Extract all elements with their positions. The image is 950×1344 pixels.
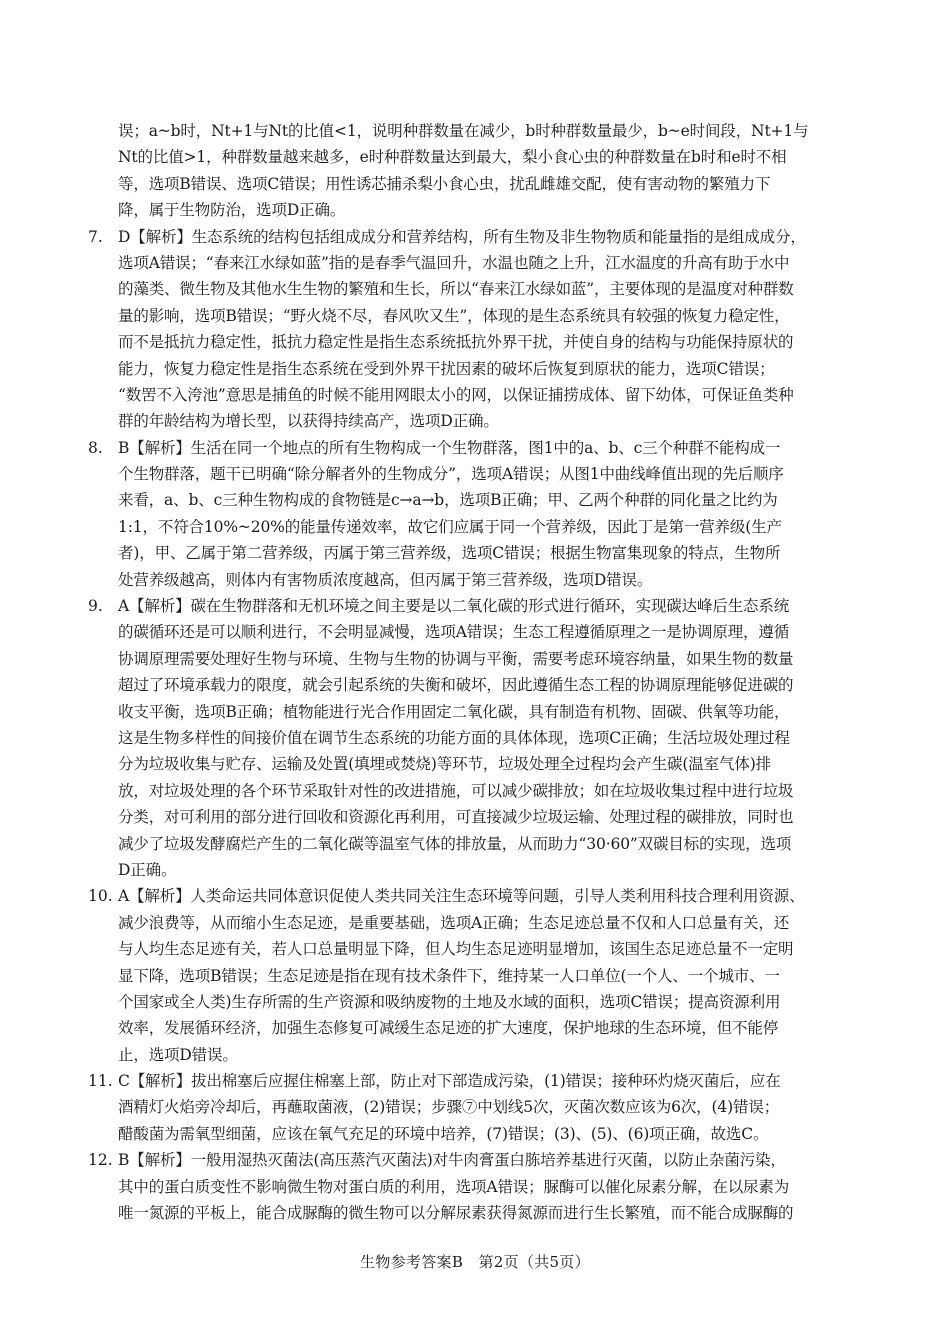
text-line: 而不是抵抗力稳定性，抵抗力稳定性是指生态系统抵抗外界干扰，并使自身的结构与功能保…	[118, 329, 878, 355]
text-line: 者)，甲、乙属于第二营养级，丙属于第三营养级，选项C错误；根据生物富集现象的特点…	[118, 540, 878, 566]
text-line: D【解析】生态系统的结构包括组成成分和营养结构，所有生物及非生物物质和能量指的是…	[118, 224, 878, 250]
text-line: 能力，恢复力稳定性是指生态系统在受到外界干扰因素的破坏后恢复到原状的能力，选项C…	[118, 356, 878, 382]
text-line: 酒精灯火焰旁冷却后，再蘸取菌液，(2)错误；步骤⑦中划线5次，灭菌次数应该为6次…	[118, 1094, 878, 1120]
text-line: 等，选项B错误、选项C错误；用性诱芯捕杀梨小食心虫，扰乱雌雄交配，使有害动物的繁…	[118, 171, 878, 197]
answer-item-12: 12. B【解析】一般用湿热灭菌法(高压蒸汽灭菌法)对牛肉膏蛋白胨培养基进行灭菌…	[88, 1147, 878, 1226]
text-line: 个生物群落，题干已明确“除分解者外的生物成分”，选项A错误；从图1中曲线峰值出现…	[118, 461, 878, 487]
text-line: D正确。	[118, 857, 878, 883]
text-line: 这是生物多样性的间接价值在调节生态系统的功能方面的具体体现，选项C正确；生活垃圾…	[118, 725, 878, 751]
text-line: 效率，发展循环经济，加强生态修复可减缓生态足迹的扩大速度，保护地球的生态环境，但…	[118, 1015, 878, 1041]
item-number: 9.	[88, 593, 118, 619]
text-line: 的碳循环还是可以顺利进行，不会明显减慢，选项A错误；生态工程遵循原理之一是协调原…	[118, 619, 878, 645]
text-line: “数罟不入洿池”意思是捕鱼的时候不能用网眼太小的网，以保证捕捞成体、留下幼体，可…	[118, 382, 878, 408]
text-line: 选项A错误；“春来江水绿如蓝”指的是春季气温回升，水温也随之上升，江水温度的升高…	[118, 250, 878, 276]
text-line: C【解析】拔出棉塞后应握住棉塞上部，防止对下部造成污染，(1)错误；接种环灼烧灭…	[118, 1068, 878, 1094]
text-line: 显下降，选项B错误；生态足迹是指在现有技术条件下，维持某一人口单位(一个人、一个…	[118, 963, 878, 989]
answer-item-8: 8. B【解析】生活在同一个地点的所有生物构成一个生物群落，图1中的a、b、c三…	[88, 435, 878, 593]
text-line: 1:1，不符合10%~20%的能量传递效率，故它们应属于同一个营养级，因此丁是第…	[118, 514, 878, 540]
continuation-paragraph: 误；a~b时，Nt+1与Nt的比值<1，说明种群数量在减少，b时种群数量最少，b…	[88, 118, 878, 224]
text-line: A【解析】碳在生物群落和无机环境之间主要是以二氧化碳的形式进行循环，实现碳达峰后…	[118, 593, 878, 619]
text-line: B【解析】一般用湿热灭菌法(高压蒸汽灭菌法)对牛肉膏蛋白胨培养基进行灭菌，以防止…	[118, 1147, 878, 1173]
text-line: 其中的蛋白质变性不影响微生物对蛋白质的利用，选项A错误；脲酶可以催化尿素分解，在…	[118, 1174, 878, 1200]
text-line: 个国家或全人类)生存所需的生产资源和吸纳废物的土地及水域的面积，选项C错误；提高…	[118, 989, 878, 1015]
text-line: 量的影响，选项B错误；“野火烧不尽，春风吹又生”，体现的是生态系统具有较强的恢复…	[118, 303, 878, 329]
answer-item-10: 10. A【解析】人类命运共同体意识促使人类共同关注生态环境等问题，引导人类利用…	[88, 883, 878, 1068]
text-line: 减少浪费等，从而缩小生态足迹，是重要基础，选项A正确；生态足迹总量不仅和人口总量…	[118, 910, 878, 936]
text-line: 降，属于生物防治，选项D正确。	[118, 197, 878, 223]
item-number: 7.	[88, 224, 118, 250]
document-page: 误；a~b时，Nt+1与Nt的比值<1，说明种群数量在减少，b时种群数量最少，b…	[0, 0, 950, 1344]
text-line: 止，选项D错误。	[118, 1042, 878, 1068]
item-number: 10.	[88, 883, 118, 909]
answer-content: 误；a~b时，Nt+1与Nt的比值<1，说明种群数量在减少，b时种群数量最少，b…	[88, 118, 878, 1226]
text-line: B【解析】生活在同一个地点的所有生物构成一个生物群落，图1中的a、b、c三个种群…	[118, 435, 878, 461]
text-line: 分类，对可利用的部分进行回收和资源化再利用，可直接减少垃圾运输、处理过程的碳排放…	[118, 804, 878, 830]
answer-item-9: 9. A【解析】碳在生物群落和无机环境之间主要是以二氧化碳的形式进行循环，实现碳…	[88, 593, 878, 883]
text-line: 分为垃圾收集与贮存、运输及处置(填埋或焚烧)等环节，垃圾处理全过程均会产生碳(温…	[118, 751, 878, 777]
text-line: 唯一氮源的平板上，能合成脲酶的微生物可以分解尿素获得氮源而进行生长繁殖，而不能合…	[118, 1200, 878, 1226]
text-line: 醋酸菌为需氧型细菌，应该在氧气充足的环境中培养，(7)错误；(3)、(5)、(6…	[118, 1121, 878, 1147]
text-line: 超过了环境承载力的限度，就会引起系统的失衡和破坏，因此遵循生态工程的协调原理能够…	[118, 672, 878, 698]
text-line: 处营养级越高，则体内有害物质浓度越高，但丙属于第三营养级，选项D错误。	[118, 567, 878, 593]
text-line: 群的年龄结构为增长型，以获得持续高产，选项D正确。	[118, 408, 878, 434]
answer-item-11: 11. C【解析】拔出棉塞后应握住棉塞上部，防止对下部造成污染，(1)错误；接种…	[88, 1068, 878, 1147]
text-line: 与人均生态足迹有关，若人口总量明显下降，但人均生态足迹明显增加，该国生态足迹总量…	[118, 936, 878, 962]
text-line: 减少了垃圾发酵腐烂产生的二氧化碳等温室气体的排放量，从而助力“30·60”双碳目…	[118, 831, 878, 857]
item-number: 8.	[88, 435, 118, 461]
text-line: 误；a~b时，Nt+1与Nt的比值<1，说明种群数量在减少，b时种群数量最少，b…	[118, 118, 878, 144]
page-footer: 生物参考答案B 第2页（共5页）	[0, 1250, 950, 1274]
answer-item-7: 7. D【解析】生态系统的结构包括组成成分和营养结构，所有生物及非生物物质和能量…	[88, 224, 878, 435]
item-number: 11.	[88, 1068, 118, 1094]
item-number: 12.	[88, 1147, 118, 1173]
text-line: 放，对垃圾处理的各个环节采取针对性的改进措施，可以减少碳排放；如在垃圾收集过程中…	[118, 778, 878, 804]
text-line: A【解析】人类命运共同体意识促使人类共同关注生态环境等问题，引导人类利用科技合理…	[118, 883, 878, 909]
text-line: 协调原理需要处理好生物与环境、生物与生物的协调与平衡，需要考虑环境容纳量，如果生…	[118, 646, 878, 672]
text-line: Nt的比值>1，种群数量越来越多，e时种群数量达到最大，梨小食心虫的种群数量在b…	[118, 144, 878, 170]
text-line: 的藻类、微生物及其他水生生物的繁殖和生长，所以“春来江水绿如蓝”，主要体现的是温…	[118, 276, 878, 302]
text-line: 收支平衡，选项B正确；植物能进行光合作用固定二氧化碳，具有制造有机物、固碳、供氧…	[118, 699, 878, 725]
text-line: 来看，a、b、c三种生物构成的食物链是c→a→b，选项B正确；甲、乙两个种群的同…	[118, 487, 878, 513]
